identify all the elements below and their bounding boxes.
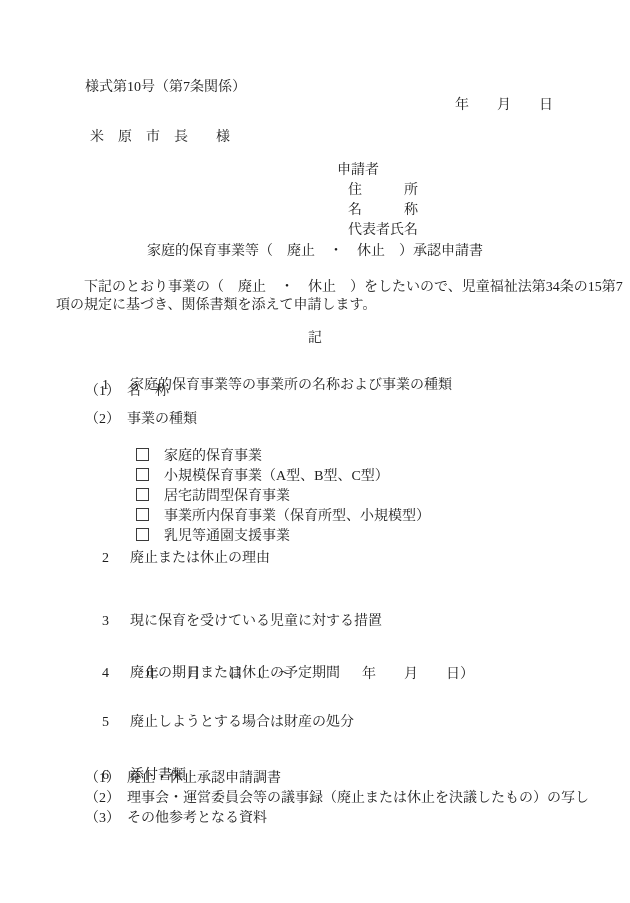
section-1-type-label: （2） 事業の種類	[85, 411, 197, 428]
body-line-1: 下記のとおり事業の（ 廃止 ・ 休止 ）をしたいので、児童福祉法第34条の15第…	[56, 279, 623, 296]
attachment-item: （3） その他参考となる資料	[85, 810, 267, 827]
body-line-2: 項の規定に基づき、関係書類を添えて申請します。	[56, 297, 376, 314]
applicant-heading: 申請者	[337, 162, 379, 179]
section-5-heading: 5廃止しようとする場合は財産の処分	[88, 697, 354, 748]
addressee: 米 原 市 長 様	[90, 129, 230, 146]
section-2-number: 2	[102, 550, 130, 567]
applicant-address-label: 住 所	[348, 182, 418, 199]
attachment-item: （2） 理事会・運営委員会等の議事録（廃止または休止を決議したもの）の写し	[85, 790, 589, 807]
section-2-heading: 2廃止または休止の理由	[88, 533, 270, 584]
form-page: 様式第10号（第7条関係） 年 月 日 米 原 市 長 様 申請者 住 所 名 …	[0, 0, 630, 903]
section-2-title: 廃止または休止の理由	[130, 551, 270, 566]
section-3-heading: 3現に保育を受けている児童に対する措置	[88, 596, 382, 647]
section-3-title: 現に保育を受けている児童に対する措置	[130, 614, 382, 629]
section-3-number: 3	[102, 613, 130, 630]
attachment-item: （1） 廃止・休止承認申請調書	[85, 770, 281, 787]
section-4-date-line: 年 月 日 （ 〜 年 月 日）	[145, 666, 474, 683]
date-line: 年 月 日	[455, 97, 553, 114]
applicant-representative-label: 代表者氏名	[348, 222, 418, 239]
document-title: 家庭的保育事業等（ 廃止 ・ 休止 ）承認申請書	[0, 243, 630, 260]
section-1-title: 家庭的保育事業等の事業所の名称および事業の種類	[130, 378, 452, 393]
record-marker: 記	[0, 330, 630, 347]
section-1-name-label: （1） 名 称	[85, 383, 169, 400]
section-4-number: 4	[102, 665, 130, 682]
form-number: 様式第10号（第7条関係）	[85, 79, 246, 96]
section-5-title: 廃止しようとする場合は財産の処分	[130, 715, 354, 730]
section-5-number: 5	[102, 714, 130, 731]
applicant-name-label: 名 称	[348, 202, 418, 219]
